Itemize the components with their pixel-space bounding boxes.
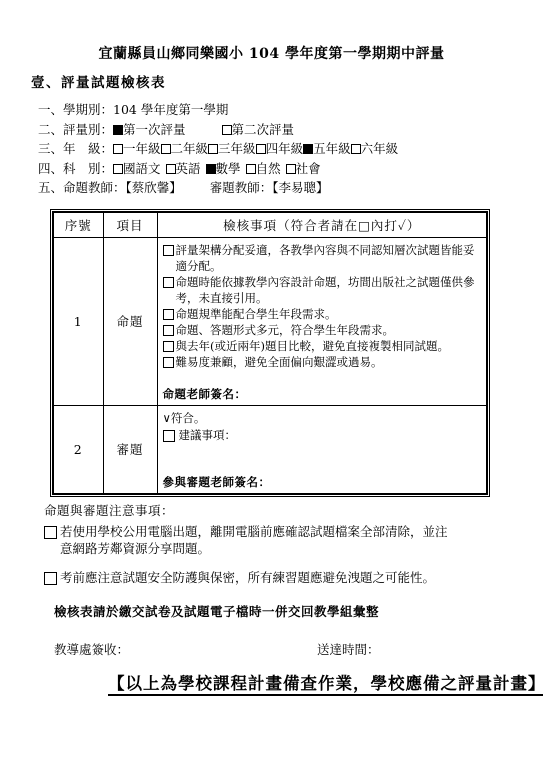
grade-option-1: 一年級 [113,141,161,156]
check-item: 與去年(或近兩年)題目比較，避免直接複製相同試題。 [163,338,484,354]
checkbox-icon[interactable] [222,125,232,135]
checkbox-icon[interactable] [246,164,256,174]
checkbox-icon[interactable] [351,144,361,154]
check-item: 評量架構分配妥適，各教學內容與不同認知層次試題皆能妥適分配。 [163,242,484,274]
meta-section: 一、學期別：104 學年度第一學期 二、評量別：第一次評量第二次評量 三、年 級… [38,100,543,198]
check-item-text: 命題、答題形式多元，符合學生年段需求。 [176,322,395,338]
checklist-table-wrap: 序號 項目 檢核事項（符合者請在□內打✓） 1 命題 評量架構分配妥適，各教學內… [52,211,488,495]
subject-option-3-label: 數學 [216,161,241,176]
reviewer-name: 【李易聰】 [272,180,328,195]
header-item: 項目 [103,212,157,238]
checkbox-icon[interactable] [113,125,123,135]
check-item: 命題、答題形式多元，符合學生年段需求。 [163,322,484,338]
grade-option-5-label: 五年級 [313,141,351,156]
grade-option-2-label: 二年級 [171,141,209,156]
receipt-line: 教導處簽收：送達時間： [54,641,543,658]
check-item-text: 評量架構分配妥適，各教學內容與不同認知層次試題皆能妥適分配。 [176,242,476,274]
setter-label: 五、命題教師： [38,180,126,195]
setter-name: 【蔡欣馨】 [126,180,182,195]
row2-item: 審題 [103,405,157,494]
suggestion-label: 建議事項： [179,427,237,444]
checkbox-icon[interactable] [161,144,171,154]
eval-option-2: 第二次評量 [222,122,295,137]
checklist-table: 序號 項目 檢核事項（符合者請在□內打✓） 1 命題 評量架構分配妥適，各教學內… [52,211,488,495]
notes-heading: 命題與審題注意事項： [44,502,543,519]
check-item: 命題時能依據教學內容設計命題，坊間出版社之試題僅供參考，未直接引用。 [163,274,484,306]
checkbox-icon[interactable] [44,526,57,539]
checkbox-icon[interactable] [208,144,218,154]
row2-content: ∨符合。 建議事項： 參與審題老師簽名： [157,405,487,494]
semester-value: 104 學年度第一學期 [113,102,228,117]
checkbox-icon[interactable] [163,341,174,352]
grade-option-3-label: 三年級 [218,141,256,156]
grade-option-4: 四年級 [256,141,304,156]
check-item: 難易度兼顧，避免全面偏向艱澀或過易。 [163,354,484,370]
subject-label: 四、科 別： [38,161,113,176]
notes-section: 命題與審題注意事項： 若使用學校公用電腦出題，離開電腦前應確認試題檔案全部清除，… [44,502,543,696]
subject-option-3: 數學 [206,161,241,176]
table-row: 1 命題 評量架構分配妥適，各教學內容與不同認知層次試題皆能妥適分配。 命題時能… [53,237,487,405]
footer-note-wrap: 【以上為學校課程計畫備查作業，學校應備之評量計畫】 [108,675,543,696]
grade-option-5: 五年級 [303,141,351,156]
subject-option-2-label: 英語 [176,161,201,176]
subject-option-1: 國語文 [113,161,161,176]
semester-line: 一、學期別：104 學年度第一學期 [38,100,543,120]
row1-content: 評量架構分配妥適，各教學內容與不同認知層次試題皆能妥適分配。 命題時能依據教學內… [157,237,487,405]
eval-type-line: 二、評量別：第一次評量第二次評量 [38,120,543,140]
table-header-row: 序號 項目 檢核事項（符合者請在□內打✓） [53,212,487,238]
checkbox-icon[interactable] [44,572,57,585]
row2-serial: 2 [53,405,103,494]
grade-option-4-label: 四年級 [266,141,304,156]
subject-option-5: 社會 [286,161,321,176]
eval-option-1: 第一次評量 [113,122,186,137]
subject-option-4: 自然 [246,161,281,176]
subject-option-5-label: 社會 [296,161,321,176]
checkbox-icon[interactable] [166,164,176,174]
receipt-label: 教導處簽收： [54,642,129,657]
grade-line: 三、年 級：一年級二年級三年級四年級五年級六年級 [38,139,543,159]
document-title: 宜蘭縣員山鄉同樂國小 104 學年度第一學期期中評量 [0,0,543,63]
row1-serial: 1 [53,237,103,405]
suggestion-line: 建議事項： [163,427,484,444]
grade-option-1-label: 一年級 [123,141,161,156]
reviewer-signature-label: 參與審題老師簽名： [163,474,484,490]
footer-note: 【以上為學校課程計畫備查作業，學校應備之評量計畫】 [108,675,543,696]
table-row: 2 審題 ∨符合。 建議事項： 參與審題老師簽名： [53,405,487,494]
check-item-text: 命題規準能配合學生年段需求。 [176,306,337,322]
checkbox-icon[interactable] [286,164,296,174]
conform-mark-line: ∨符合。 [163,410,484,427]
checkbox-icon[interactable] [163,325,174,336]
checkbox-icon[interactable] [256,144,266,154]
eval-option-1-label: 第一次評量 [123,122,186,137]
reviewer-label: 審題教師： [210,180,273,195]
checkbox-icon[interactable] [206,164,216,174]
note-item-text: 考前應注意試題安全防護與保密，所有練習題應避免洩題之可能性。 [60,569,435,586]
note-item-text: 若使用學校公用電腦出題，離開電腦前應確認試題檔案全部清除，並注意網路芳鄰資源分享… [60,523,452,557]
check-item-text: 難易度兼顧，避免全面偏向艱澀或過易。 [176,354,383,370]
grade-option-6-label: 六年級 [361,141,399,156]
eval-option-2-label: 第二次評量 [232,122,295,137]
eval-type-label: 二、評量別： [38,122,113,137]
checkbox-icon[interactable] [163,245,174,256]
grade-label: 三、年 級： [38,141,113,156]
header-check-items: 檢核事項（符合者請在□內打✓） [157,212,487,238]
subject-option-2: 英語 [166,161,201,176]
header-serial: 序號 [53,212,103,238]
subject-line: 四、科 別：國語文英語數學自然社會 [38,159,543,179]
checkbox-icon[interactable] [163,357,174,368]
grade-option-3: 三年級 [208,141,256,156]
check-item-text: 與去年(或近兩年)題目比較，避免直接複製相同試題。 [176,338,449,354]
grade-option-2: 二年級 [161,141,209,156]
delivery-time-label: 送達時間： [317,642,380,657]
check-item-text: 命題時能依據教學內容設計命題，坊間出版社之試題僅供參考，未直接引用。 [176,274,476,306]
teachers-line: 五、命題教師：【蔡欣馨】審題教師：【李易聰】 [38,178,543,198]
subject-option-1-label: 國語文 [123,161,161,176]
checkbox-icon[interactable] [163,277,174,288]
semester-label: 一、學期別： [38,102,113,117]
checkbox-icon[interactable] [163,309,174,320]
checkbox-icon[interactable] [303,144,313,154]
grade-option-6: 六年級 [351,141,399,156]
return-instruction: 檢核表請於繳交試卷及試題電子檔時一併交回教學組彙整 [54,603,543,620]
check-item: 命題規準能配合學生年段需求。 [163,306,484,322]
checkbox-icon[interactable] [113,164,123,174]
section-heading: 壹、評量試題檢核表 [31,74,543,92]
row1-item: 命題 [103,237,157,405]
note-item: 若使用學校公用電腦出題，離開電腦前應確認試題檔案全部清除，並注意網路芳鄰資源分享… [44,523,543,557]
checkbox-icon[interactable] [113,144,123,154]
document-page: 宜蘭縣員山鄉同樂國小 104 學年度第一學期期中評量 壹、評量試題檢核表 一、學… [0,0,543,768]
subject-option-4-label: 自然 [256,161,281,176]
setter-signature-label: 命題老師簽名： [163,386,484,402]
note-item: 考前應注意試題安全防護與保密，所有練習題應避免洩題之可能性。 [44,569,543,586]
checkbox-icon[interactable] [163,430,175,442]
